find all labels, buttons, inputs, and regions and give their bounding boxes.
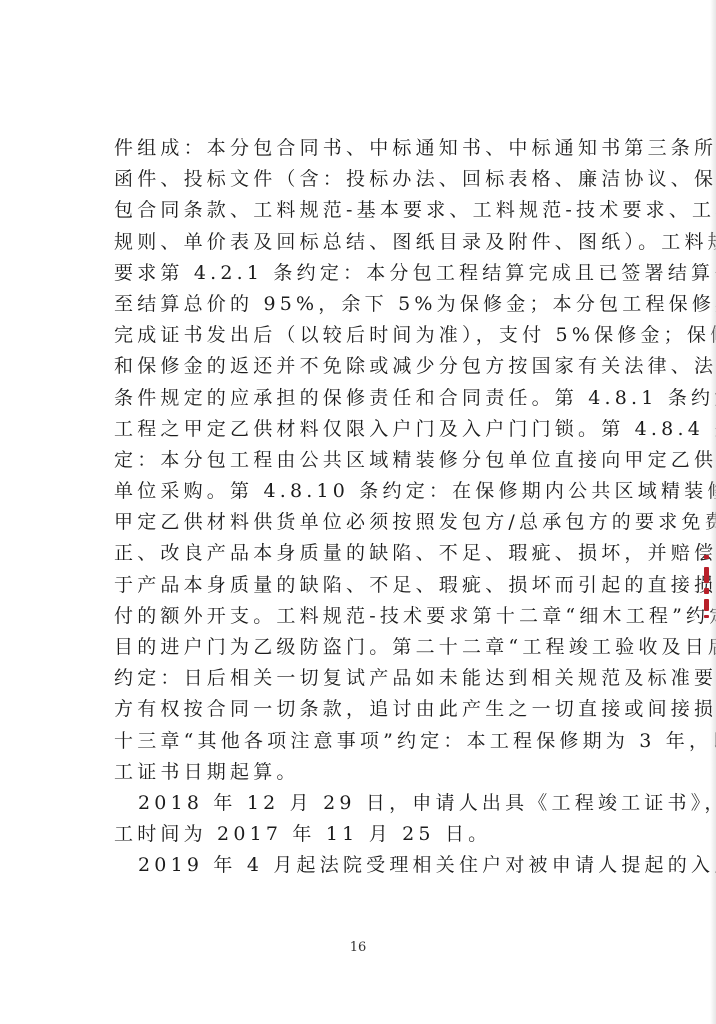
text-line: 于产品本身质量的缺陷、不足、瑕疵、损坏而引起的直接损失和/或支 [114,570,614,601]
body-text: 件组成：本分包合同书、中标通知书、中标通知书第三条所述之来往 函件、投标文件（含… [114,133,614,882]
text-line: 定：本分包工程由公共区域精装修分包单位直接向甲定乙供材料供货 [114,445,614,476]
text-line: 条件规定的应承担的保修责任和合同责任。第 4.8.1 条约定：本分包 [114,383,614,414]
text-line: 工时间为 2017 年 11 月 25 日。 [114,819,614,850]
text-line: 单位采购。第 4.8.10 条约定：在保修期内公共区域精装修分包单位/ [114,476,614,507]
text-line: 方有权按合同一切条款，追讨由此产生之一切直接或间接损失。第二 [114,694,614,725]
paragraph-start-line: 2019 年 4 月起法院受理相关住户对被申请人提起的入户门质量争 [114,850,614,881]
text-line: 十三章“其他各项注意事项”约定：本工程保修期为 3 年，以发出竣 [114,726,614,757]
seal-stamp-edge-mark [704,555,710,619]
text-line: 要求第 4.2.1 条约定：本分包工程结算完成且已签署结算书后，支付 [114,258,614,289]
text-line: 约定：日后相关一切复试产品如未能达到相关规范及标准要求，发包 [114,663,614,694]
text-line: 完成证书发出后（以较后时间为准），支付 5%保修金；保修期的完结 [114,320,614,351]
text-line: 函件、投标文件（含：投标办法、回标表格、廉洁协议、保证书、分 [114,164,614,195]
text-line: 工证书日期起算。 [114,757,614,788]
text-line: 和保修金的返还并不免除或减少分包方按国家有关法律、法规及合同 [114,351,614,382]
text-line: 件组成：本分包合同书、中标通知书、中标通知书第三条所述之来往 [114,133,614,164]
paragraph-start-line: 2018 年 12 月 29 日，申请人出具《工程竣工证书》，确认工程竣 [114,788,614,819]
document-page: 件组成：本分包合同书、中标通知书、中标通知书第三条所述之来往 函件、投标文件（含… [0,0,716,1024]
text-line: 规则、单价表及回标总结、图纸目录及附件、图纸）。工料规范-基本 [114,227,614,258]
text-line: 目的进户门为乙级防盗门。第二十二章“工程竣工验收及日后维修” [114,632,614,663]
page-edge-shadow [710,0,716,1024]
page-number: 16 [0,940,716,955]
text-line: 至结算总价的 95%，余下 5%为保修金；本分包工程保修期完结或保修 [114,289,614,320]
text-line: 付的额外开支。工料规范-技术要求第十二章“细木工程”约定：本项 [114,601,614,632]
text-line: 甲定乙供材料供货单位必须按照发包方/总承包方的要求免费修复、纠 [114,507,614,538]
text-line: 工程之甲定乙供材料仅限入户门及入户门门锁。第 4.8.4 条（d）款约 [114,414,614,445]
text-line: 包合同条款、工料规范-基本要求、工料规范-技术要求、工程量计算 [114,195,614,226]
text-line: 正、改良产品本身质量的缺陷、不足、瑕疵、损坏，并赔偿发包方由 [114,538,614,569]
